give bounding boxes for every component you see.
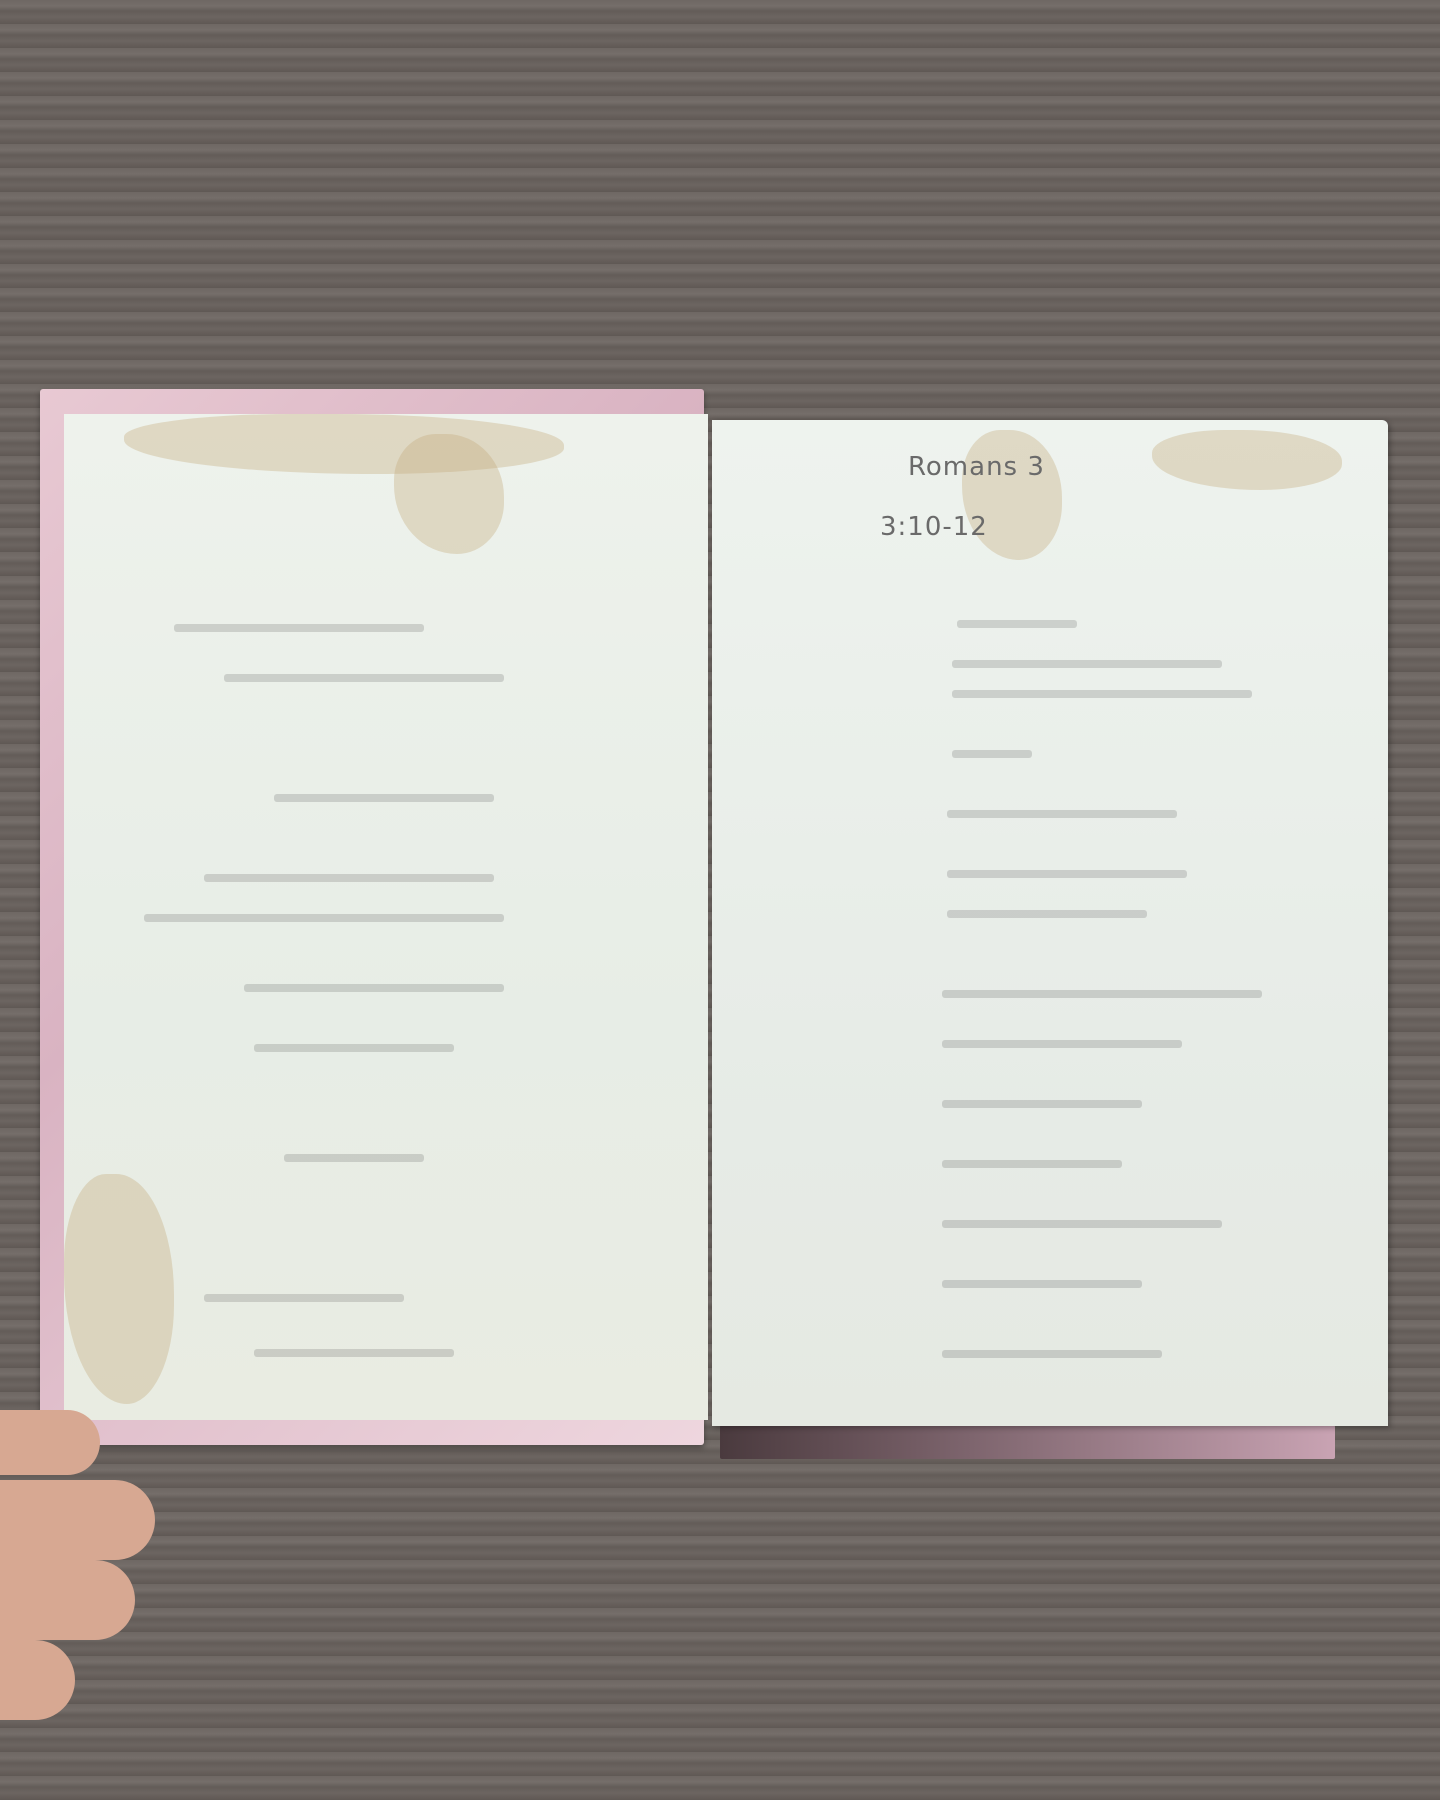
bleed-through-text xyxy=(942,1040,1182,1048)
bleed-through-text xyxy=(947,810,1177,818)
endpaper-right: Romans 3 3:10-12 xyxy=(712,420,1388,1426)
bleed-through-text xyxy=(957,620,1077,628)
water-stain xyxy=(1152,430,1342,490)
bleed-through-text xyxy=(952,750,1032,758)
bleed-through-text xyxy=(244,984,504,992)
bleed-through-text xyxy=(254,1349,454,1357)
bleed-through-text xyxy=(952,660,1222,668)
endpaper-left xyxy=(64,414,708,1420)
water-stain xyxy=(394,434,504,554)
bleed-through-text xyxy=(204,1294,404,1302)
bleed-through-text xyxy=(947,910,1147,918)
hand-finger xyxy=(0,1410,100,1475)
book-cover-right-edge xyxy=(720,1425,1335,1459)
bleed-through-text xyxy=(942,990,1262,998)
bleed-through-text xyxy=(942,1160,1122,1168)
water-stain xyxy=(124,414,564,474)
bleed-through-text xyxy=(254,1044,454,1052)
handwritten-note: Romans 3 xyxy=(908,452,1045,482)
bleed-through-text xyxy=(942,1100,1142,1108)
bleed-through-text xyxy=(942,1280,1142,1288)
bleed-through-text xyxy=(942,1350,1162,1358)
bleed-through-text xyxy=(947,870,1187,878)
water-stain xyxy=(64,1174,174,1404)
bleed-through-text xyxy=(942,1220,1222,1228)
bleed-through-text xyxy=(174,624,424,632)
hand-finger xyxy=(0,1560,135,1640)
bleed-through-text xyxy=(144,914,504,922)
hand-finger xyxy=(0,1480,155,1560)
bleed-through-text xyxy=(224,674,504,682)
bleed-through-text xyxy=(284,1154,424,1162)
bleed-through-text xyxy=(952,690,1252,698)
handwritten-verse: 3:10-12 xyxy=(880,512,988,542)
bleed-through-text xyxy=(204,874,494,882)
bleed-through-text xyxy=(274,794,494,802)
